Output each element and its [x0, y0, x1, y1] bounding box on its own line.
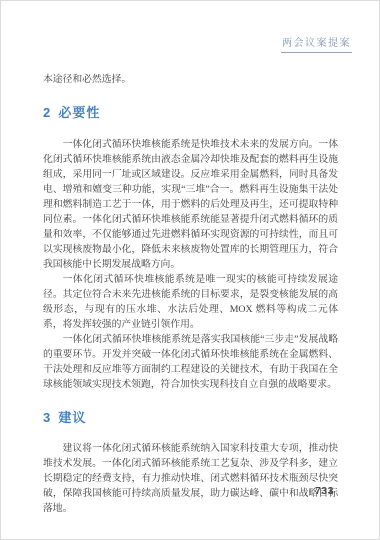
document-page: 两会议案提案 本途径和必然选择。 2必要性 一体化闭式循环快堆核能系统是快堆技术…: [0, 0, 380, 540]
section-number: 3: [43, 410, 51, 425]
body-paragraph: 一体化闭式循环快堆核能系统是唯一现实的核能可持续发展途径。其定位符合未来先进核能…: [43, 272, 338, 332]
running-header: 两会议案提案: [0, 0, 380, 53]
page-number: 733: [315, 485, 334, 497]
body-paragraph: 建议将一体化闭式循环核能系统纳入国家科技重大专项，推动快堆技术发展。一体化闭式循…: [43, 441, 338, 516]
section-number: 2: [43, 105, 51, 120]
body-paragraph: 一体化闭式循环快堆核能系统是快堆技术未来的发展方向。一体化闭式循环快堆核能系统由…: [43, 137, 338, 272]
body-paragraph: 一体化闭式循环快堆核能系统是落实我国核能“三步走”发展战略的重要环节。开发并突破…: [43, 332, 338, 392]
section-heading-necessity: 2必要性: [43, 105, 338, 121]
page-content: 本途径和必然选择。 2必要性 一体化闭式循环快堆核能系统是快堆技术未来的发展方向…: [43, 72, 338, 516]
section-title: 必要性: [58, 105, 100, 120]
section-heading-suggestions: 3建议: [43, 410, 338, 426]
section-title: 建议: [58, 410, 86, 425]
running-header-label: 两会议案提案: [281, 39, 352, 53]
continuation-paragraph: 本途径和必然选择。: [43, 72, 338, 87]
